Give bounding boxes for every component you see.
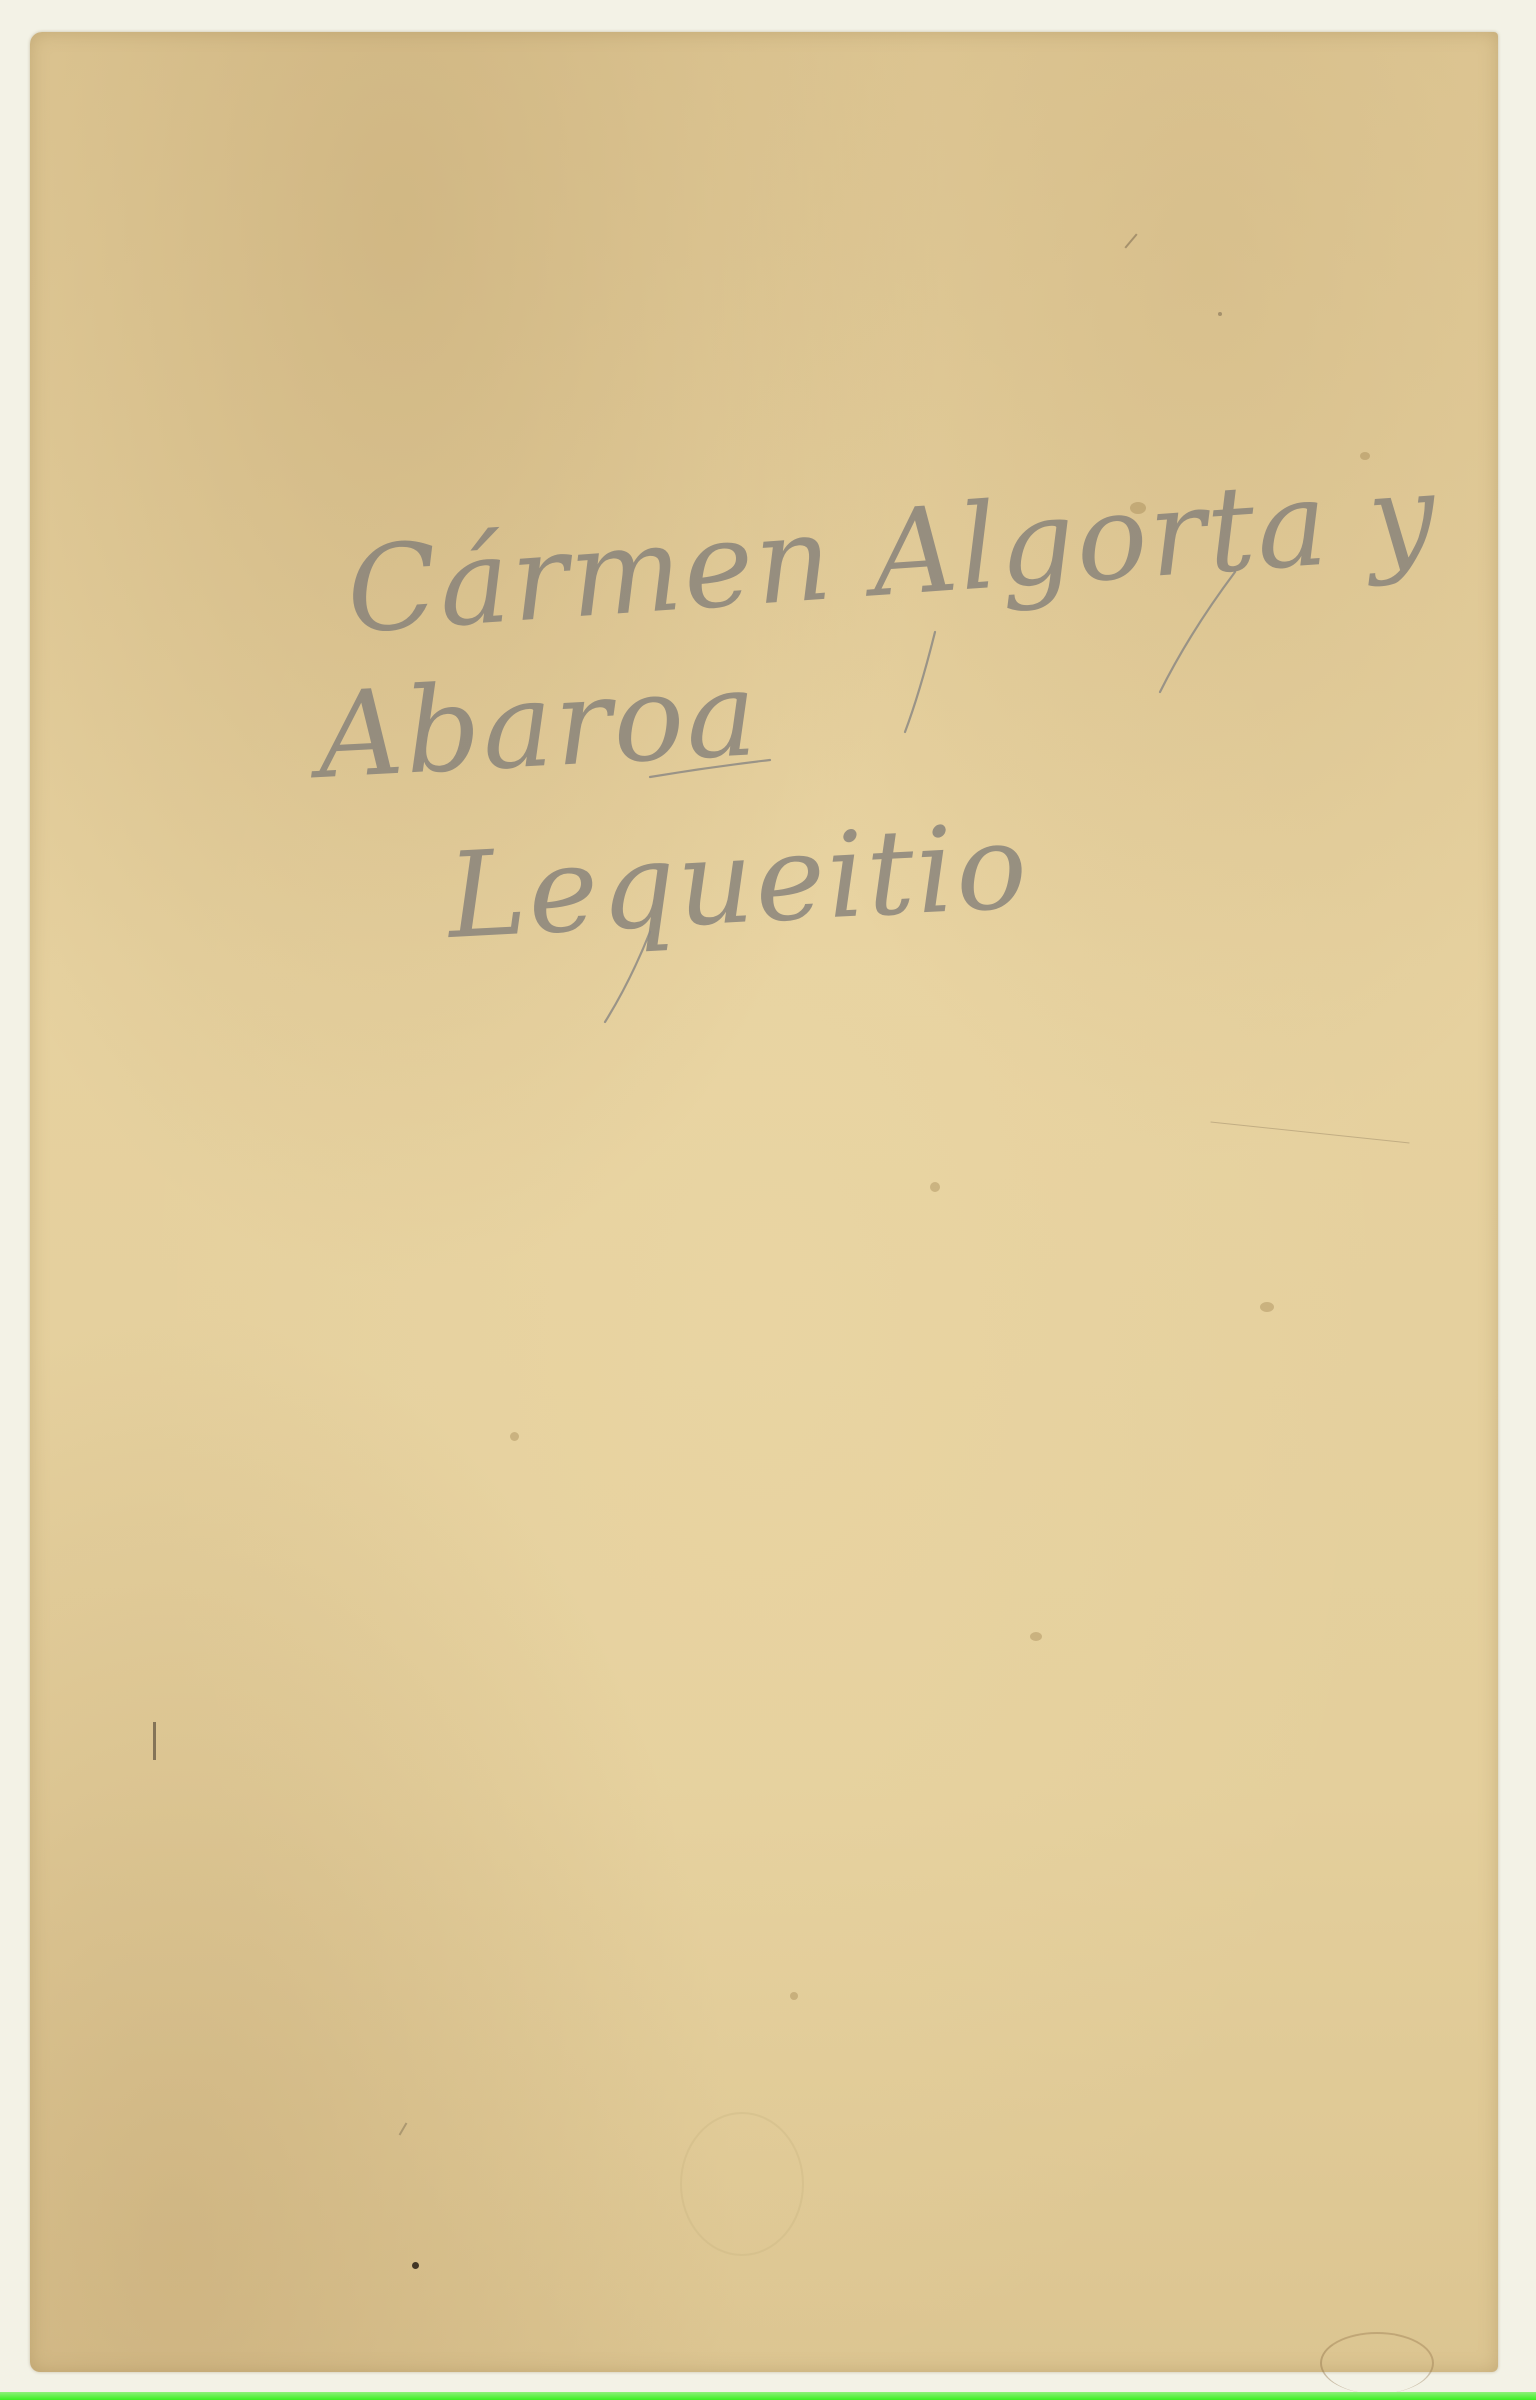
stain-spot: [1360, 452, 1370, 460]
scratch-line: [1210, 1122, 1409, 1144]
flourish-q-descender: [605, 932, 650, 1022]
stain-spot: [930, 1182, 940, 1192]
stain-spot: [790, 1992, 798, 2000]
corner-tear: [1320, 2332, 1434, 2394]
flourish-underline: [650, 760, 770, 777]
stain-spot: [510, 1432, 519, 1441]
flourish-g-descender: [905, 632, 935, 732]
embossed-stamp: [680, 2112, 804, 2256]
photo-card-back: Cármen Algorta y Abaroa Lequeitio: [30, 32, 1498, 2372]
dot-mark: [412, 2262, 419, 2269]
pencil-mark: [1124, 233, 1137, 248]
inscription-line-3: Lequeitio: [442, 797, 1032, 965]
pencil-mark: [399, 2122, 408, 2135]
inscription-line-2: Abaroa: [305, 644, 762, 805]
pencil-mark: [1218, 312, 1222, 316]
stain-spot: [1260, 1302, 1274, 1312]
inscription-line-1: Cármen Algorta y: [342, 446, 1441, 660]
stain-spot: [1130, 502, 1146, 514]
bottom-status-bar: [0, 2392, 1536, 2400]
stain-spot: [1030, 1632, 1042, 1641]
handwritten-inscription: Cármen Algorta y Abaroa Lequeitio: [30, 32, 1498, 2372]
flourish-y-descender: [1160, 572, 1235, 692]
pencil-mark: [153, 1722, 156, 1760]
